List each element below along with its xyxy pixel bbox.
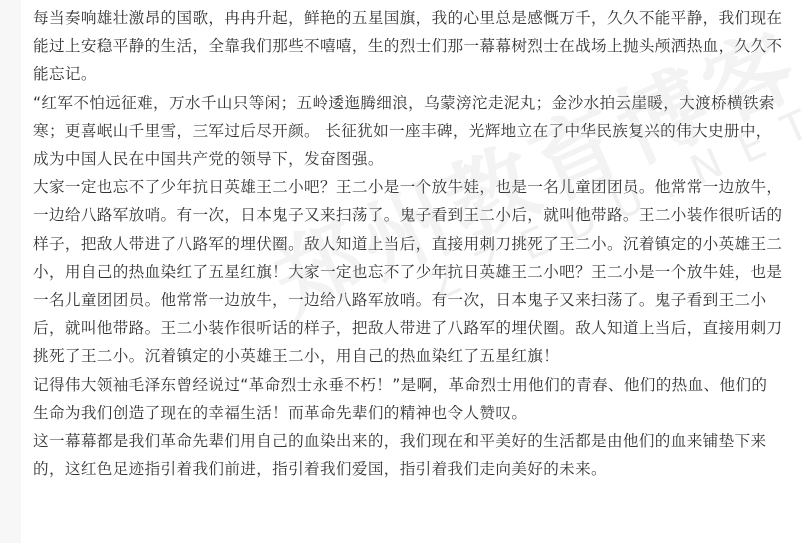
text-line: 一名儿童团团员。他常常一边放牛，一边给八路军放哨。有一次，日本鬼子又来扫荡了。鬼… (33, 286, 793, 314)
text-line: 能忘记。 (33, 60, 793, 88)
text-line: 样子，把敌人带进了八路军的埋伏圈。敌人知道上当后，直接用刺刀挑死了王二小。沉着镇… (33, 230, 793, 258)
text-line: 挑死了王二小。沉着镇定的小英雄王二小，用自己的热血染红了五星红旗！ (33, 342, 793, 370)
page-left-margin (0, 0, 21, 543)
article-body: 每当奏响雄壮激昂的国歌，冉冉升起，鲜艳的五星国旗，我的心里总是感慨万千，久久不能… (33, 4, 793, 483)
text-line: 一边给八路军放哨。有一次，日本鬼子又来扫荡了。鬼子看到王二小后，就叫他带路。王二… (33, 201, 793, 229)
text-line: 大家一定也忘不了少年抗日英雄王二小吧？王二小是一个放牛娃，也是一名儿童团团员。他… (33, 173, 793, 201)
text-line: 能过上安稳平静的生活，全靠我们那些不嘻嘻，生的烈士们那一幕幕树烈士在战场上抛头颅… (33, 32, 793, 60)
text-line: 的，这红色足迹指引着我们前进，指引着我们爱国，指引着我们走向美好的未来。 (33, 455, 793, 483)
text-line: 小，用自己的热血染红了五星红旗！大家一定也忘不了少年抗日英雄王二小吧？王二小是一… (33, 258, 793, 286)
text-line: 后，就叫他带路。王二小装作很听话的样子，把敌人带进了八路军的埋伏圈。敌人知道上当… (33, 314, 793, 342)
text-line: 生命为我们创造了现在的幸福生活！而革命先辈们的精神也令人赞叹。 (33, 399, 793, 427)
text-line: 成为中国人民在中国共产党的领导下，发奋图强。 (33, 145, 793, 173)
text-line: “红军不怕远征难，万水千山只等闲；五岭逶迤腾细浪，乌蒙滂沱走泥丸；金沙水拍云崖暖… (33, 89, 793, 117)
text-line: 这一幕幕都是我们革命先辈们用自己的血染出来的，我们现在和平美好的生活都是由他们的… (33, 427, 793, 455)
text-line: 每当奏响雄壮激昂的国歌，冉冉升起，鲜艳的五星国旗，我的心里总是感慨万千，久久不能… (33, 4, 793, 32)
text-line: 记得伟大领袖毛泽东曾经说过“革命烈士永垂不朽！”是啊，革命烈士用他们的青春、他们… (33, 371, 793, 399)
text-line: 寒；更喜岷山千里雪，三军过后尽开颜。 长征犹如一座丰碑，光辉地立在了中华民族复兴… (33, 117, 793, 145)
